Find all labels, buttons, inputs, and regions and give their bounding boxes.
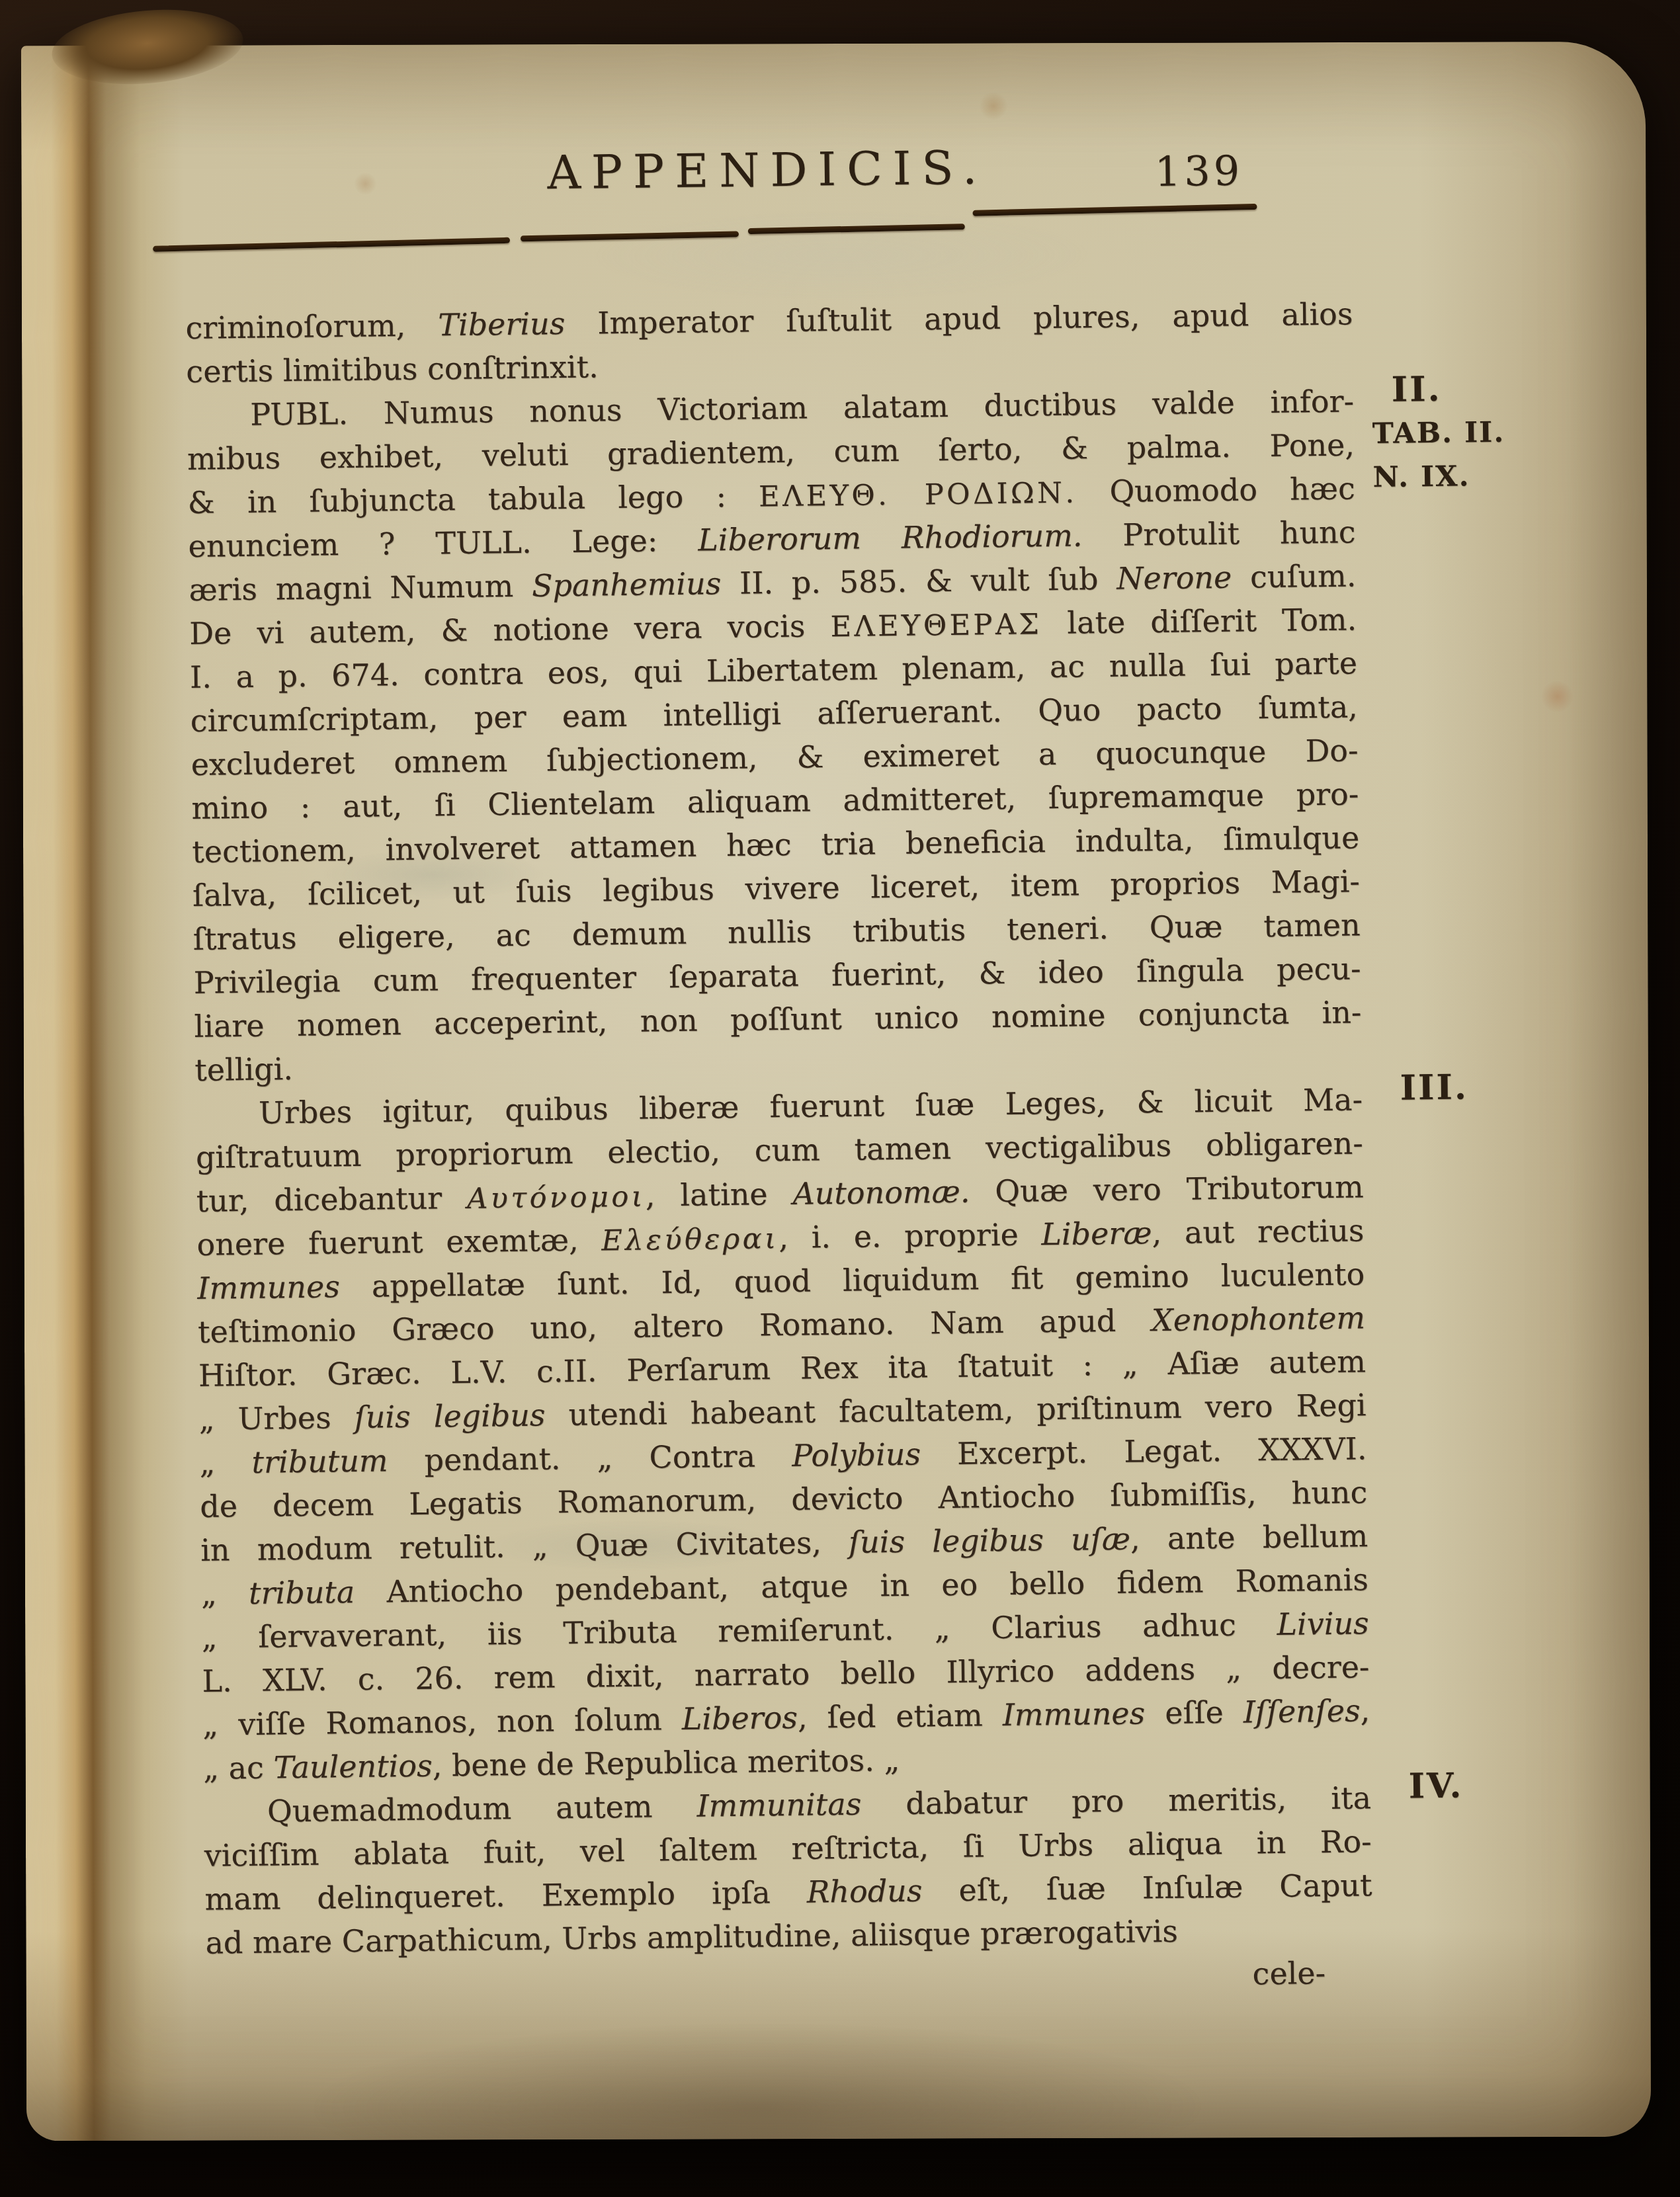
text-segment: „ [199,1444,252,1481]
margin-note: N. IX. [1372,454,1470,499]
text-segment: , bene de Republica meritos. „ [432,1742,900,1784]
body-text: criminoſorum, Tiberius Imperator ſuſtuli… [185,292,1373,2008]
text-segment: Xenophontem [1152,1300,1366,1338]
text-segment: Immunes [197,1268,340,1306]
text-segment: Immunes [1002,1695,1145,1733]
text-segment: cuſum. [1232,558,1357,595]
text-segment: dabatur pro meritis, ita [861,1780,1371,1821]
text-segment: „ [201,1575,249,1612]
text-segment: Autonomæ. [792,1174,970,1212]
text-segment: Quemadmodum autem [267,1788,697,1829]
text-segment: ad mare Carpathicum, Urbs amplitudine, a… [205,1913,1178,1961]
text-segment: utendi habeant facultatem, priſtinum ver… [545,1387,1366,1432]
text-segment: ΕΛΕΥΘΕΡΑΣ [830,608,1042,643]
text-segment: tributum [251,1442,388,1480]
margin-note: IV. [1408,1764,1463,1809]
text-segment: , ante bellum [1130,1518,1368,1556]
text-segment: onere fuerunt exemtæ, [196,1222,601,1262]
text-segment: , latine [646,1176,793,1214]
text-segment: criminoſorum, [185,307,438,346]
text-segment: late diſſerit Tom. [1042,601,1357,641]
text-segment: II. p. 585. & vult ſub [721,561,1117,601]
text-segment: teſtimonio Græco uno, altero Romano. Nam… [198,1302,1152,1350]
page-content: APPENDICIS. 139 criminoſorum, Tiberius I… [183,134,1374,2066]
scan-background: APPENDICIS. 139 criminoſorum, Tiberius I… [0,0,1680,2197]
text-segment: Tiberius [438,306,566,343]
text-segment: tur, dicebantur [196,1180,467,1219]
text-segment: , [1360,1692,1370,1728]
text-segment: Taulentios [273,1748,433,1786]
text-segment: Liberos [681,1700,798,1737]
header-rule-segment [521,231,739,241]
text-segment: in modum retulit. „ Quæ Civitates, [200,1524,849,1568]
header-rule-segment [748,224,965,234]
text-segment: Rhodus [806,1873,922,1910]
body-lines: criminoſorum, Tiberius Imperator ſuſtuli… [185,292,1373,1964]
text-segment: Liberæ [1041,1215,1152,1252]
text-segment: pendant. „ Contra [388,1438,792,1478]
text-segment: Nerone [1116,560,1232,597]
text-segment: Imperator ſuſtulit apud plures, apud ali… [565,296,1353,341]
page-number: 139 [1154,146,1243,196]
book-page: APPENDICIS. 139 criminoſorum, Tiberius I… [21,42,1651,2141]
text-segment: æris magni Numum [189,568,532,608]
header-rule-segment [972,204,1257,216]
text-segment: enunciem ? TULL. Lege: [188,522,698,564]
text-segment: De vi autem, & notione vera vocis [189,608,831,651]
text-segment: „ ac [203,1750,274,1786]
text-segment: ſuis legibus [354,1397,545,1436]
text-segment: certis limitibus conſtrinxit. [186,349,599,390]
text-segment: Immunitas [696,1786,862,1824]
text-segment: Quomodo hæc [1077,470,1355,509]
text-segment: mam delinqueret. Exemplo ipſa [204,1874,807,1917]
text-segment: tributa [249,1574,355,1611]
text-segment: ſuis legibus uſæ [849,1521,1131,1560]
margin-note: TAB. II. [1372,411,1505,456]
text-segment: „ Urbes [198,1399,355,1437]
text-segment: Livius [1277,1605,1369,1642]
text-segment: Liberorum Rhodiorum. [698,517,1083,558]
text-segment: Polybius [792,1436,921,1473]
text-segment: Protulit hunc [1082,514,1356,553]
text-segment: Excerpt. Legat. XXXVI. [921,1430,1367,1472]
text-segment: Quæ vero Tributorum [970,1169,1364,1209]
text-segment: Spanhemius [532,565,722,603]
text-segment: Iſſenſes [1243,1692,1361,1729]
text-segment: telligi. [194,1051,293,1088]
text-segment: ΕΛΕΥΘ. ΡΟΔΙΩΝ. [759,477,1077,514]
text-segment: „ viſſe Romanos, non ſolum [202,1701,682,1743]
text-segment: eſſe [1145,1694,1243,1731]
margin-note: II. [1391,368,1442,412]
text-segment: Ελεύθεραι [601,1222,779,1257]
text-segment: , ſed etiam [798,1697,1003,1735]
text-segment: Αυτόνομοι [467,1181,646,1216]
text-segment: & in ſubjuncta tabula lego : [188,477,759,520]
text-segment: , aut rectius [1152,1212,1365,1251]
header-rule-segment [153,237,510,252]
text-segment: , i. e. proprie [778,1216,1042,1255]
text-segment: eſt, ſuæ Inſulæ Caput [922,1867,1372,1908]
margin-note: III. [1400,1065,1468,1110]
